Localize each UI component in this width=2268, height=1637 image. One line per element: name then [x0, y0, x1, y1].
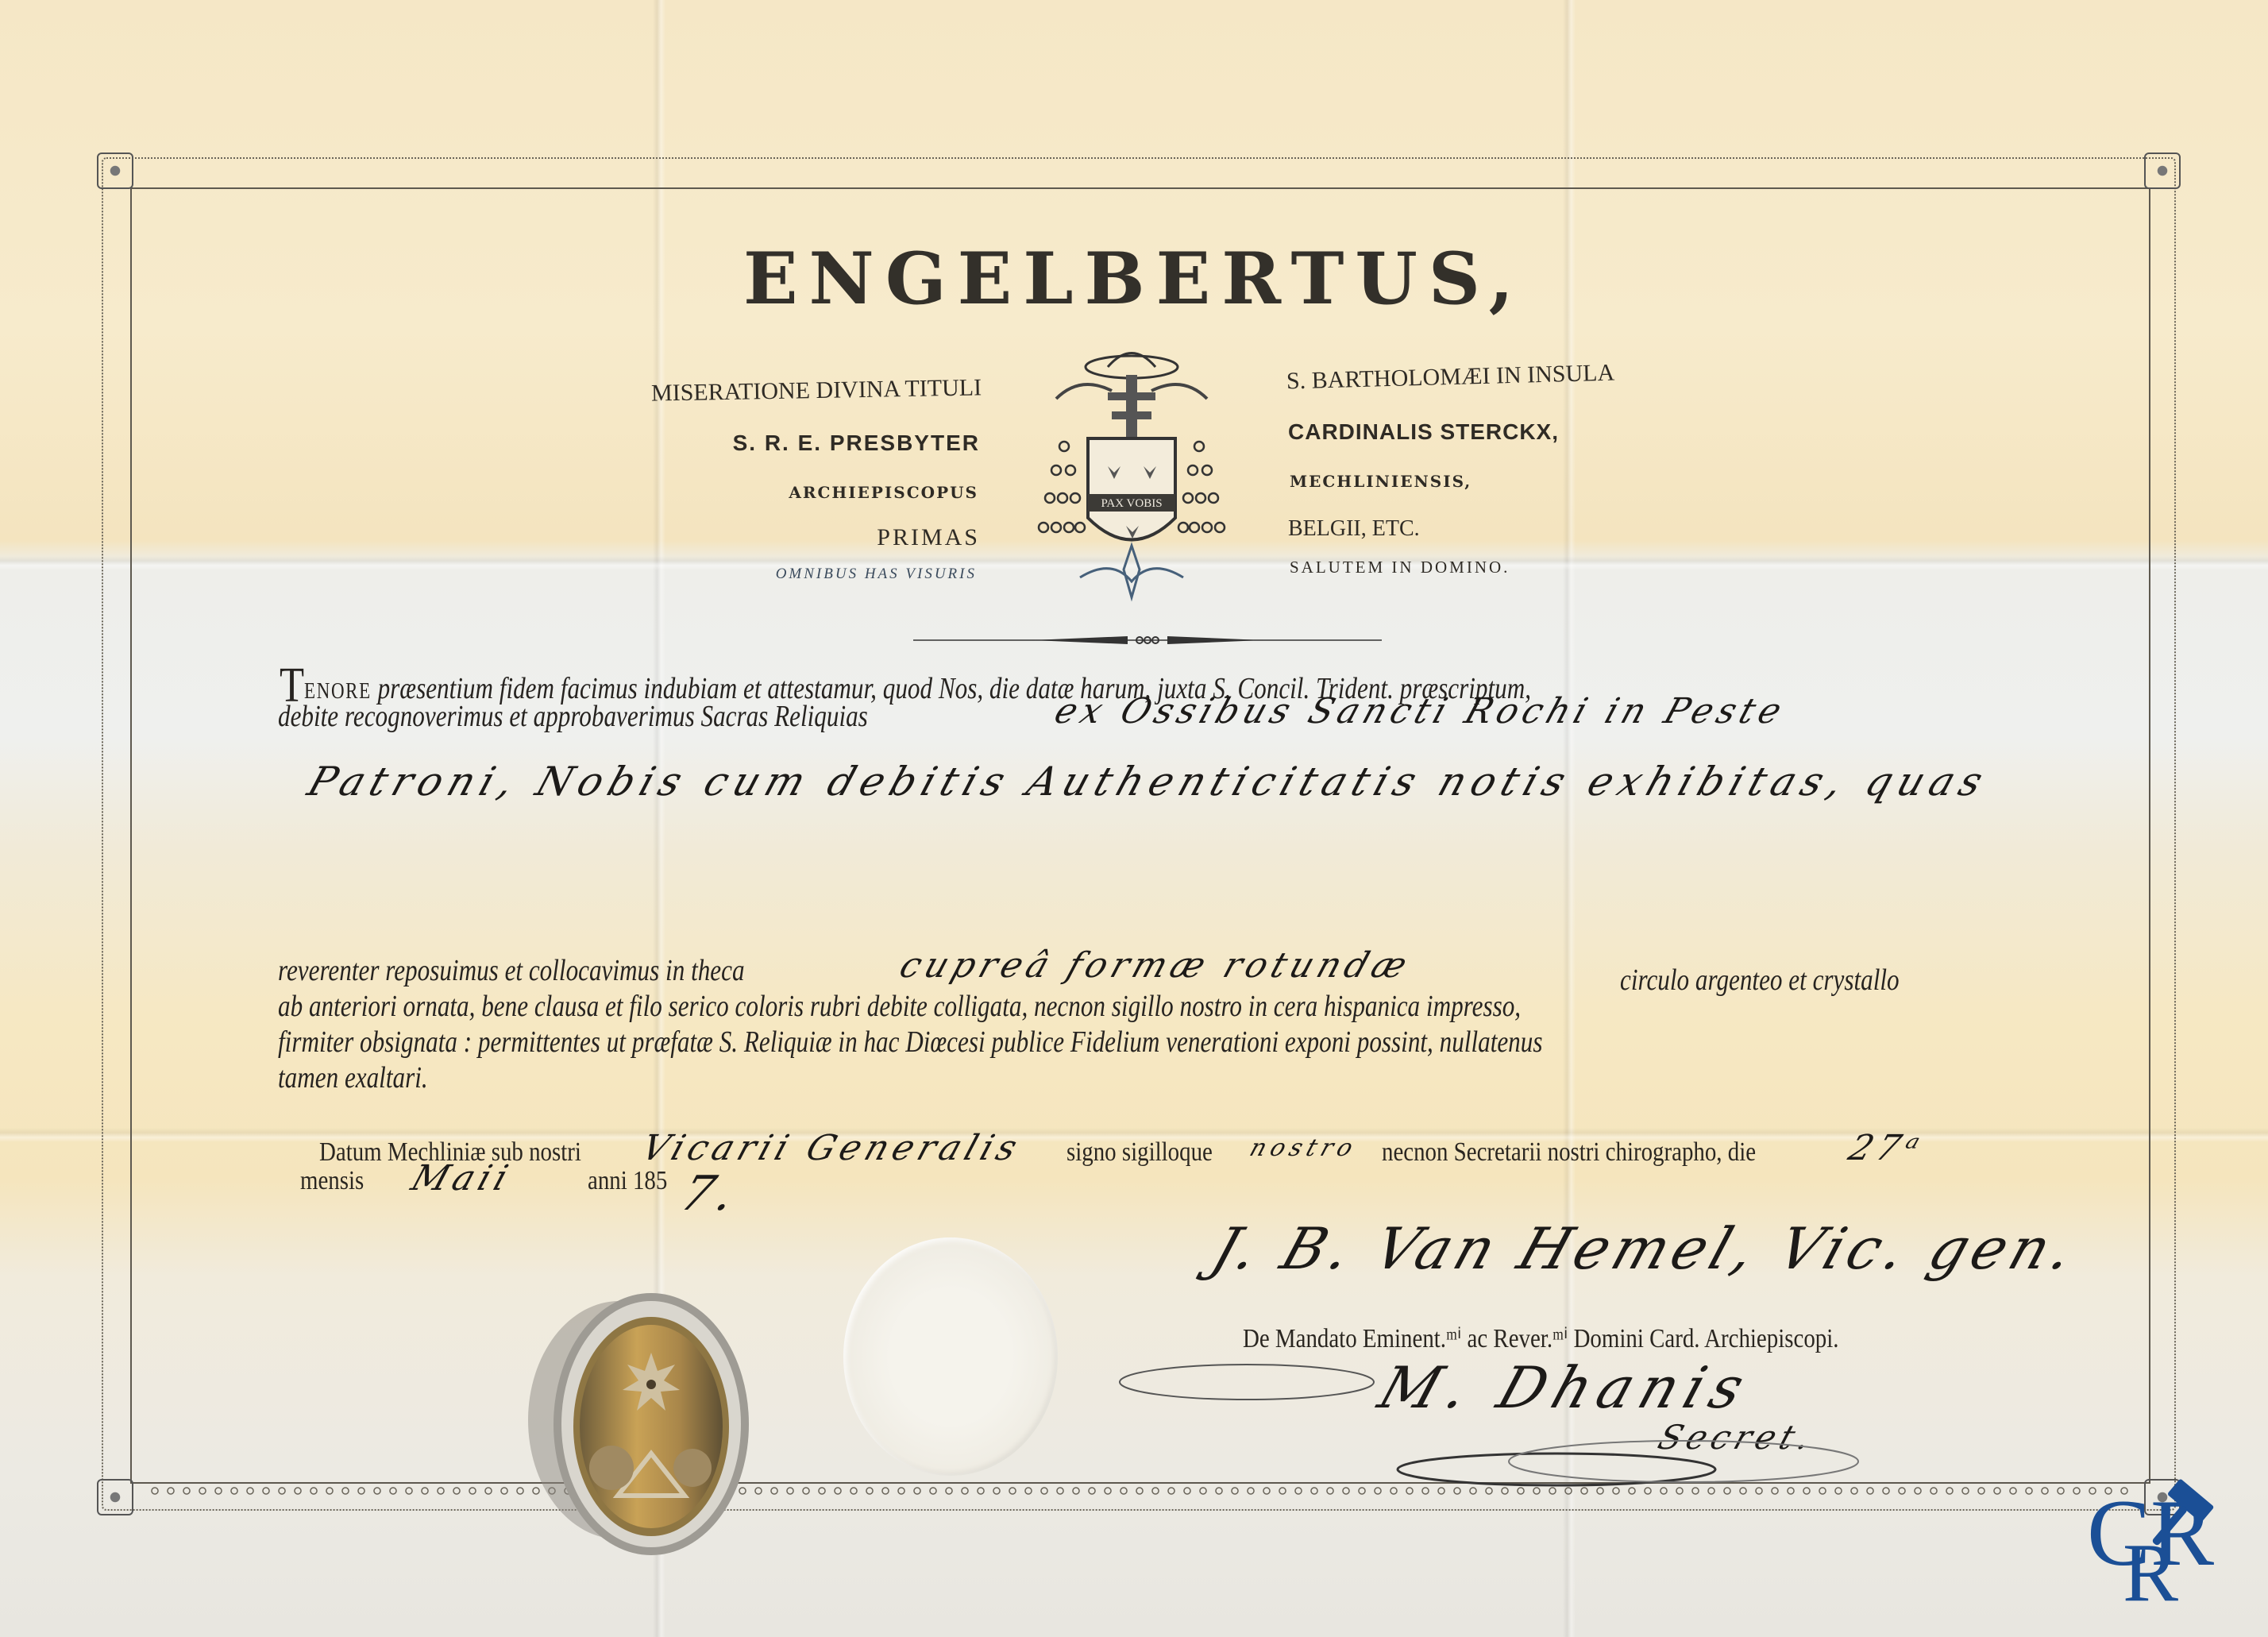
heading-left-line-3: ARCHIEPISCOPUS	[789, 483, 978, 502]
dating-printed-c: necnon Secretarii nostri chirographo, di…	[1382, 1137, 1756, 1168]
signature-vicar-general: J. B. Van Hemel, Vic. gen.	[1204, 1215, 2086, 1282]
body-line-4b: circulo argenteo et crystallo	[1620, 963, 1900, 998]
border-chain	[151, 1487, 2136, 1495]
body-line-5: ab anteriori ornata, bene clausa et filo…	[278, 989, 1521, 1024]
body-line-7: tamen exaltari.	[278, 1060, 428, 1095]
heading-left-line-2: S. R. E. PRESBYTER	[733, 430, 980, 456]
body-line-2-printed: debite recognoverimus et approbaverimus …	[278, 699, 868, 734]
handwritten-theca-description: cupreâ formæ rotundæ	[895, 945, 1417, 986]
heading-left-line-1: MISERATIONE DIVINA TITULI	[651, 374, 982, 407]
anni-label: anni 185	[588, 1166, 667, 1196]
body-line-4a: reverenter reposuimus et collocavimus in…	[278, 953, 745, 988]
dating-month: Maii	[407, 1158, 518, 1199]
dating-handwritten-a: Vicarii Generalis	[637, 1128, 1027, 1168]
cardinal-coat-of-arms-icon: PAX VOBIS	[1032, 343, 1231, 609]
cr-auction-logo: CR R	[2071, 1469, 2238, 1612]
mensis-label: mensis	[300, 1166, 364, 1196]
dating-day: 27ᵃ	[1844, 1128, 1929, 1168]
separator-ornament-icon	[913, 635, 1382, 645]
heading-right-line-4: BELGII, ETC.	[1288, 516, 1420, 542]
reliquary-theca-icon	[524, 1269, 762, 1563]
mandate-line: De Mandato Eminent.ᵐⁱ ac Rever.ᵐⁱ Domini…	[1243, 1322, 1838, 1354]
document-title: ENGELBERTUS,	[0, 237, 2268, 321]
heading-right-line-3: MECHLINIENSIS,	[1290, 472, 1471, 491]
corner-ornament-icon	[2144, 153, 2181, 189]
corner-ornament-icon	[97, 153, 133, 189]
embossed-seal	[843, 1237, 1058, 1476]
handwritten-relic-description: ex Ossibus Sancti Rochi in Peste	[1050, 691, 1792, 732]
svg-text:PAX VOBIS: PAX VOBIS	[1101, 497, 1162, 510]
signature-flourish-icon	[1112, 1350, 1946, 1493]
heading-right-line-2: CARDINALIS STERCKX,	[1288, 419, 1559, 445]
heading-left-line-5: OMNIBUS HAS VISURIS	[776, 566, 977, 583]
handwritten-line-3: Patroni, Nobis cum debitis Authenticitat…	[303, 759, 1995, 805]
corner-ornament-icon	[97, 1479, 133, 1515]
body-line-6: firmiter obsignata : permittentes ut præ…	[278, 1025, 1542, 1060]
dating-handwritten-b: nostro	[1246, 1134, 1361, 1162]
heading-left-line-4: PRIMAS	[877, 524, 980, 551]
dating-printed-b: signo sigilloque	[1066, 1137, 1213, 1168]
heading-right-line-5: SALUTEM IN DOMINO.	[1290, 558, 1510, 577]
svg-text:R: R	[2123, 1526, 2178, 1612]
